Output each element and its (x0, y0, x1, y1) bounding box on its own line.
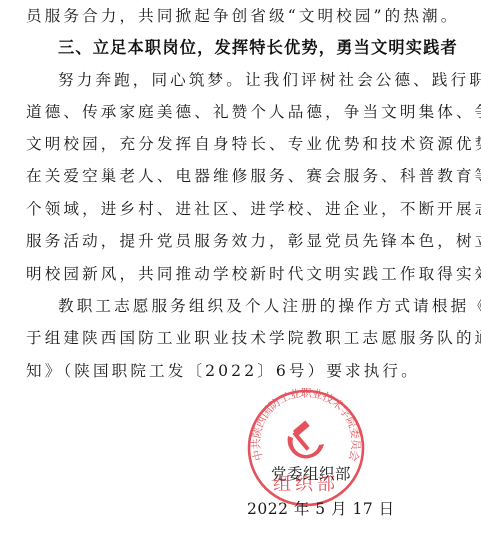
paragraph-line: 努力奔跑，同心筑梦。让我们评树社会公德、践行职业 (58, 70, 456, 90)
hammer-sickle-icon (288, 421, 324, 459)
paragraph-line: 于组建陕西国防工业职业技术学院教职工志愿服务队的通 (26, 328, 456, 348)
paragraph-line: 在关爱空巢老人、电器维修服务、赛会服务、科普教育等多 (26, 166, 456, 186)
svg-text:中共陕西国防工业职业技术学院委员会: 中共陕西国防工业职业技术学院委员会 (249, 388, 363, 463)
official-seal-icon: 中共陕西国防工业职业技术学院委员会 组织部 (246, 388, 366, 508)
paragraph-line: 员服务合力，共同掀起争创省级“文明校园”的热潮。 (26, 6, 456, 26)
paragraph-line: 知》（陕国职院工发〔2022〕6号）要求执行。 (26, 361, 456, 381)
paragraph-line: 教职工志愿服务组织及个人注册的操作方式请根据《关 (58, 296, 456, 316)
signature: 党委组织部 (271, 462, 351, 484)
paragraph-line: 明校园新风，共同推动学校新时代文明实践工作取得实效。 (26, 264, 456, 284)
section-heading: 三、立足本职岗位，发挥特长优势，勇当文明实践者 (58, 38, 458, 58)
issue-date: 2022 年 5 月 17 日 (247, 497, 395, 519)
paragraph-line: 文明校园，充分发挥自身特长、专业优势和技术资源优势， (26, 134, 456, 154)
paragraph-line: 道德、传承家庭美德、礼赞个人品德，争当文明集体、争创 (26, 102, 456, 122)
paragraph-line: 个领域，进乡村、进社区、进学校、进企业，不断开展志愿 (26, 199, 456, 219)
paragraph-line: 服务活动，提升党员服务效力，彰显党员先锋本色，树立文 (26, 231, 456, 251)
seal-ring-text: 中共陕西国防工业职业技术学院委员会 (249, 388, 363, 463)
